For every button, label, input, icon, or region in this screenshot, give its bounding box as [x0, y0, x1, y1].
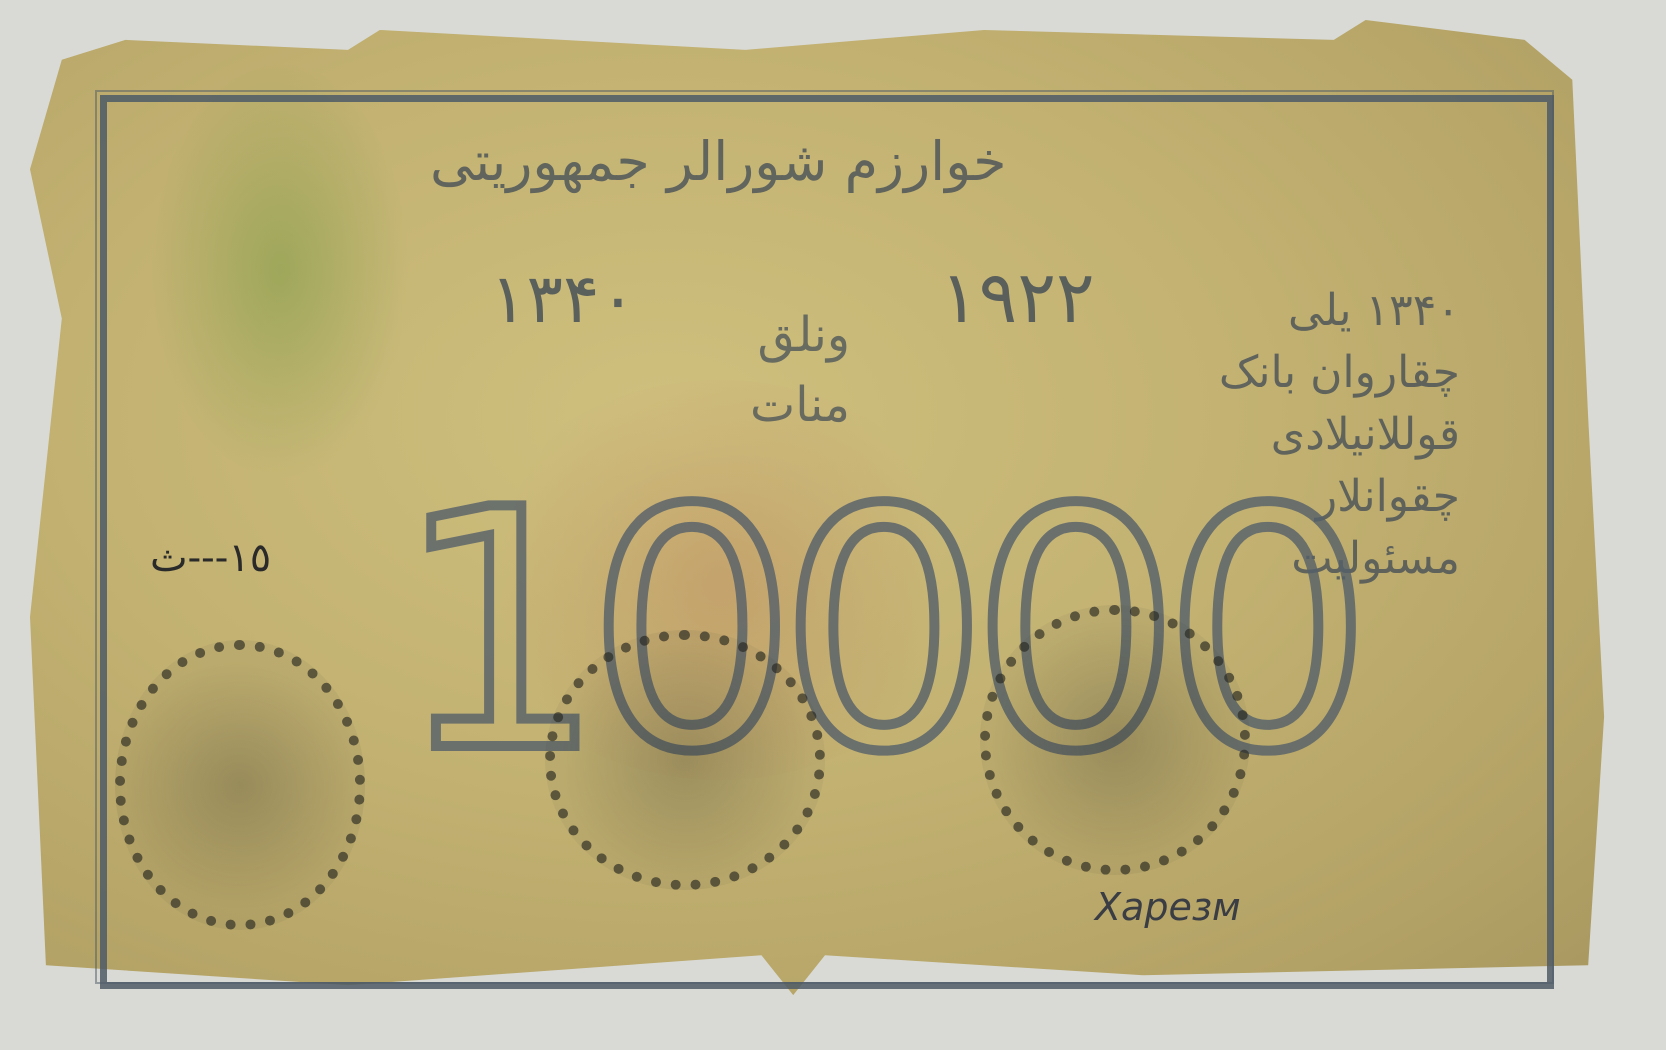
seal-stamp-right	[980, 605, 1250, 875]
serial-mark: ١٥---ث	[150, 535, 271, 581]
middle-text: ونلق منات	[750, 300, 850, 440]
header-text: خوارزم شورالر جمهوریتی	[430, 130, 1006, 193]
year-hijri: ۱۳۴۰	[490, 260, 636, 339]
seal-stamp-left	[115, 640, 365, 930]
seal-stamp-center	[545, 630, 825, 890]
handwritten-label: Харезм	[1095, 885, 1241, 929]
